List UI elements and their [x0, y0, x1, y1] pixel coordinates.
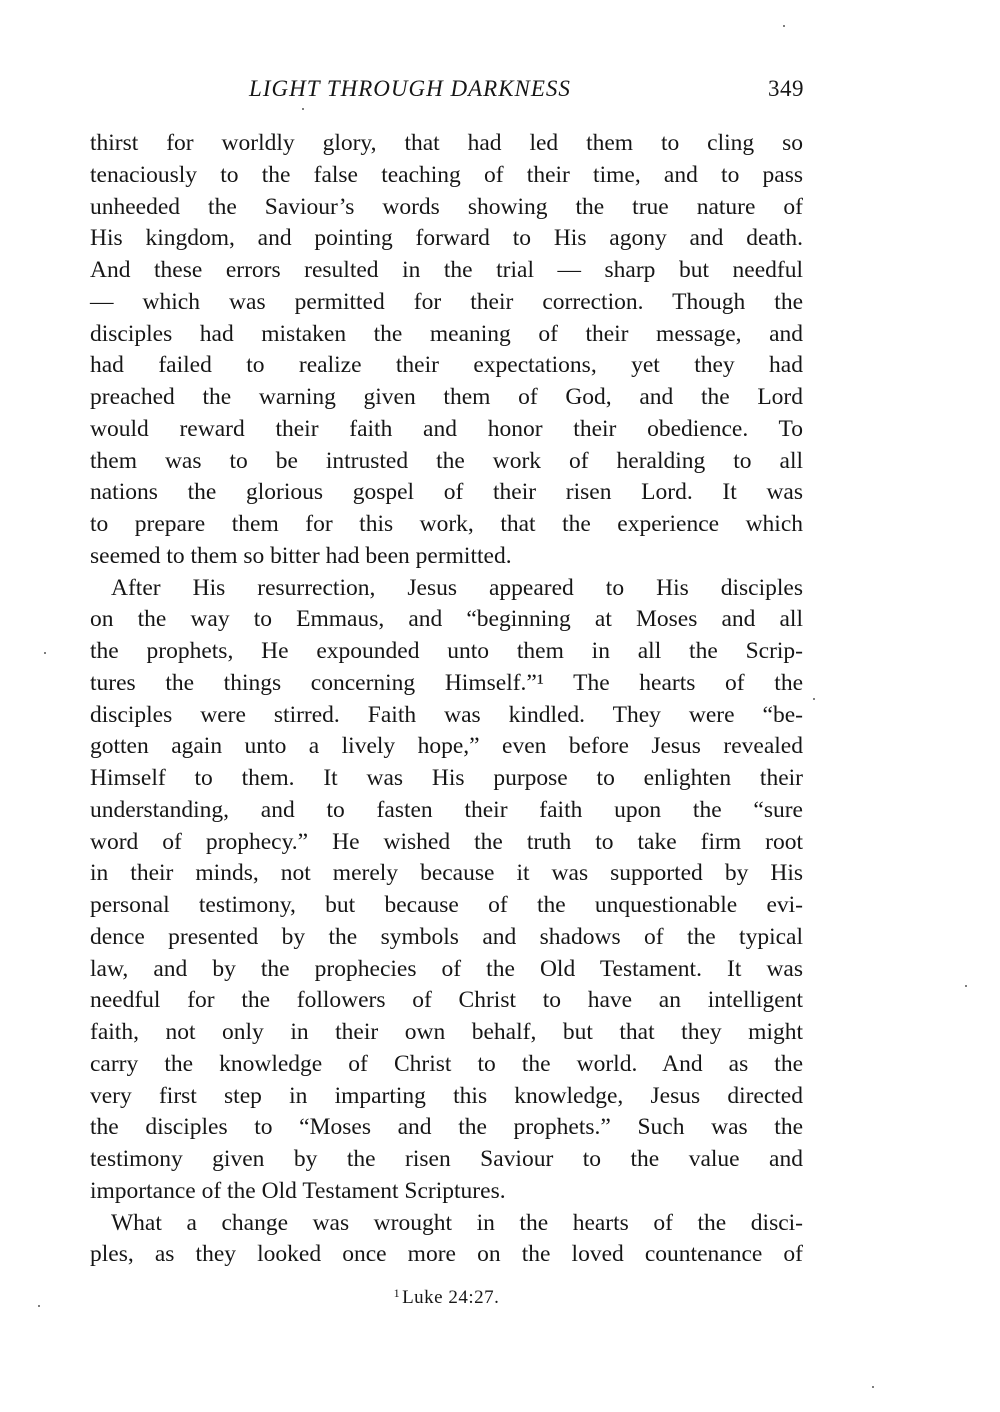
text-line: law, and by the prophecies of the Old Te…: [90, 954, 803, 986]
text-line: had failed to realize their expectations…: [90, 350, 803, 382]
text-line: tures the things concerning Himself.”¹ T…: [90, 668, 803, 700]
scan-speck: [965, 985, 967, 987]
text-line: needful for the followers of Christ to h…: [90, 985, 803, 1017]
text-line: disciples had mistaken the meaning of th…: [90, 319, 803, 351]
footnote-marker: 1: [394, 1286, 401, 1300]
scan-speck: [813, 698, 815, 700]
text-line: tenaciously to the false teaching of the…: [90, 160, 803, 192]
text-line: word of prophecy.” He wished the truth t…: [90, 827, 803, 859]
text-line: to prepare them for this work, that the …: [90, 509, 803, 541]
text-line: ples, as they looked once more on the lo…: [90, 1239, 803, 1271]
text-line: After His resurrection, Jesus appeared t…: [90, 573, 803, 605]
footnote: 1Luke 24:27.: [90, 1286, 803, 1309]
text-line: would reward their faith and honor their…: [90, 414, 803, 446]
text-line: disciples were stirred. Faith was kindle…: [90, 700, 803, 732]
text-line: personal testimony, but because of the u…: [90, 890, 803, 922]
text-line: preached the warning given them of God, …: [90, 382, 803, 414]
text-line: testimony given by the risen Saviour to …: [90, 1144, 803, 1176]
text-line: the prophets, He expounded unto them in …: [90, 636, 803, 668]
text-line: His kingdom, and pointing forward to His…: [90, 223, 803, 255]
scan-speck: [302, 108, 304, 110]
scan-speck: [38, 1305, 40, 1307]
text-line: the disciples to “Moses and the prophets…: [90, 1112, 803, 1144]
text-line: — which was permitted for their correcti…: [90, 287, 803, 319]
text-line: What a change was wrought in the hearts …: [90, 1208, 803, 1240]
text-line: unheeded the Saviour’s words showing the…: [90, 192, 803, 224]
text-line: in their minds, not merely because it wa…: [90, 858, 803, 890]
text-line: seemed to them so bitter had been permit…: [90, 541, 803, 573]
running-title: LIGHT THROUGH DARKNESS: [170, 76, 650, 102]
text-line: on the way to Emmaus, and “beginning at …: [90, 604, 803, 636]
text-line: carry the knowledge of Christ to the wor…: [90, 1049, 803, 1081]
body-text: thirst for worldly glory, that had led t…: [90, 128, 803, 1271]
scan-speck: [872, 1386, 874, 1388]
text-line: nations the glorious gospel of their ris…: [90, 477, 803, 509]
paragraph-1: thirst for worldly glory, that had led t…: [90, 128, 803, 573]
text-line: gotten again unto a lively hope,” even b…: [90, 731, 803, 763]
page-number: 349: [768, 76, 804, 102]
text-line: thirst for worldly glory, that had led t…: [90, 128, 803, 160]
text-line: dence presented by the symbols and shado…: [90, 922, 803, 954]
running-head: LIGHT THROUGH DARKNESS 349: [90, 76, 804, 108]
text-line: faith, not only in their own behalf, but…: [90, 1017, 803, 1049]
scan-speck: [783, 25, 785, 27]
footnote-text: Luke 24:27.: [402, 1287, 499, 1308]
paragraph-2: After His resurrection, Jesus appeared t…: [90, 573, 803, 1208]
text-line: Himself to them. It was His purpose to e…: [90, 763, 803, 795]
scan-speck: [44, 652, 46, 654]
text-line: understanding, and to fasten their faith…: [90, 795, 803, 827]
text-line: very first step in imparting this knowle…: [90, 1081, 803, 1113]
paragraph-3: What a change was wrought in the hearts …: [90, 1208, 803, 1272]
text-line: And these errors resulted in the trial —…: [90, 255, 803, 287]
book-page: LIGHT THROUGH DARKNESS 349 thirst for wo…: [0, 0, 1000, 1412]
text-line: them was to be intrusted the work of her…: [90, 446, 803, 478]
text-line: importance of the Old Testament Scriptur…: [90, 1176, 803, 1208]
